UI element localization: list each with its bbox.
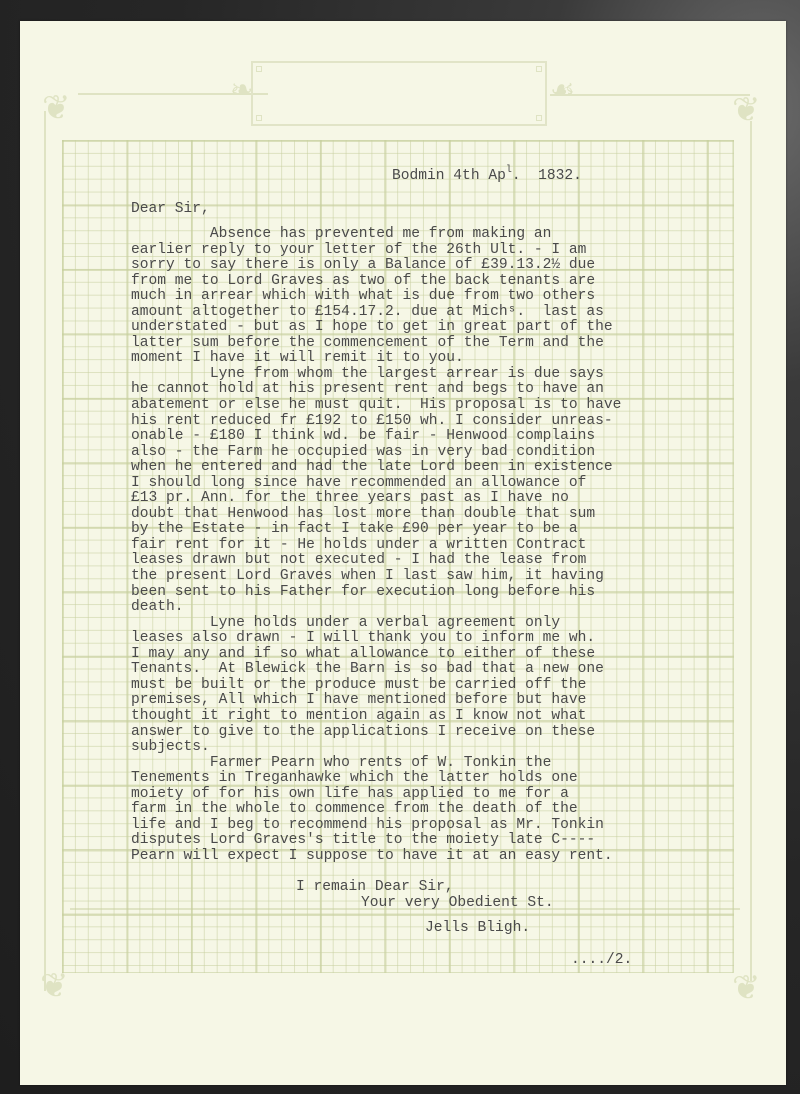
- text-line: Lyne holds under a verbal agreement only: [131, 616, 621, 632]
- salutation: Dear Sir,: [131, 201, 210, 217]
- text-line: been sent to his Father for execution lo…: [131, 585, 621, 601]
- corner-flourish-icon: ❦: [42, 91, 71, 125]
- text-line: fair rent for it - He holds under a writ…: [131, 538, 621, 554]
- frame-left-rule: [44, 111, 46, 991]
- corner-flourish-icon: ❦: [40, 969, 69, 1003]
- text-line: moment I have it will remit it to you.: [131, 351, 621, 367]
- text-line: Absence has prevented me from making an: [131, 227, 621, 243]
- text-line: his rent reduced fr £192 to £150 wh. I c…: [131, 414, 621, 430]
- paragraph: Lyne holds under a verbal agreement only…: [131, 616, 621, 756]
- text-line: understated - but as I hope to get in gr…: [131, 320, 621, 336]
- letterhead-box: [251, 61, 547, 126]
- paragraph: Absence has prevented me from making ane…: [131, 227, 621, 367]
- text-line: from me to Lord Graves as two of the bac…: [131, 274, 621, 290]
- text-line: subjects.: [131, 740, 621, 756]
- signature: Jells Bligh.: [425, 920, 530, 936]
- box-flourish-icon: ☙: [550, 76, 575, 104]
- text-line: by the Estate - in fact I take £90 per y…: [131, 522, 621, 538]
- text-line: leases also drawn - I will thank you to …: [131, 631, 621, 647]
- closing-line-2: Your very Obedient St.: [361, 895, 554, 911]
- text-line: disputes Lord Graves's title to the moie…: [131, 833, 621, 849]
- text-line: doubt that Henwood has lost more than do…: [131, 507, 621, 523]
- letter-body: Absence has prevented me from making ane…: [131, 227, 621, 864]
- text-line: sorry to say there is only a Balance of …: [131, 258, 621, 274]
- text-line: life and I beg to recommend his proposal…: [131, 818, 621, 834]
- page-continuation-marker: ..../2.: [571, 952, 632, 968]
- text-line: Tenants. At Blewick the Barn is so bad t…: [131, 662, 621, 678]
- text-line: he cannot hold at his present rent and b…: [131, 382, 621, 398]
- text-line: when he entered and had the late Lord be…: [131, 460, 621, 476]
- text-line: answer to give to the applications I rec…: [131, 725, 621, 741]
- text-line: leases drawn but not executed - I had th…: [131, 553, 621, 569]
- text-line: the present Lord Graves when I last saw …: [131, 569, 621, 585]
- box-flourish-icon: ❧: [230, 76, 253, 104]
- frame-top-right-rule: [550, 94, 750, 96]
- text-line: death.: [131, 600, 621, 616]
- text-line: £13 pr. Ann. for the three years past as…: [131, 491, 621, 507]
- text-line: also - the Farm he occupied was in very …: [131, 445, 621, 461]
- text-line: premises, All which I have mentioned bef…: [131, 693, 621, 709]
- text-line: much in arrear which with what is due fr…: [131, 289, 621, 305]
- paragraph: Farmer Pearn who rents of W. Tonkin theT…: [131, 756, 621, 865]
- corner-flourish-icon: ❦: [732, 93, 761, 127]
- text-line: latter sum before the commencement of th…: [131, 336, 621, 352]
- text-line: farm in the whole to commence from the d…: [131, 802, 621, 818]
- text-line: Pearn will expect I suppose to have it a…: [131, 849, 621, 865]
- text-line: moiety of for his own life has applied t…: [131, 787, 621, 803]
- dateline: Bodmin 4th Apl. 1832.: [392, 168, 582, 184]
- text-line: I may any and if so what allowance to ei…: [131, 647, 621, 663]
- text-line: earlier reply to your letter of the 26th…: [131, 243, 621, 259]
- text-line: amount altogether to £154.17.2. due at M…: [131, 305, 621, 321]
- paragraph: Lyne from whom the largest arrear is due…: [131, 367, 621, 616]
- text-line: Lyne from whom the largest arrear is due…: [131, 367, 621, 383]
- text-line: I should long since have recommended an …: [131, 476, 621, 492]
- text-line: thought it right to mention again as I k…: [131, 709, 621, 725]
- corner-flourish-icon: ❦: [732, 971, 761, 1005]
- text-line: onable - £180 I think wd. be fair - Henw…: [131, 429, 621, 445]
- frame-right-rule: [750, 121, 752, 981]
- text-line: abatement or else he must quit. His prop…: [131, 398, 621, 414]
- text-line: Farmer Pearn who rents of W. Tonkin the: [131, 756, 621, 772]
- text-line: must be built or the produce must be car…: [131, 678, 621, 694]
- text-line: Tenements in Treganhawke which the latte…: [131, 771, 621, 787]
- closing-line-1: I remain Dear Sir,: [296, 879, 454, 895]
